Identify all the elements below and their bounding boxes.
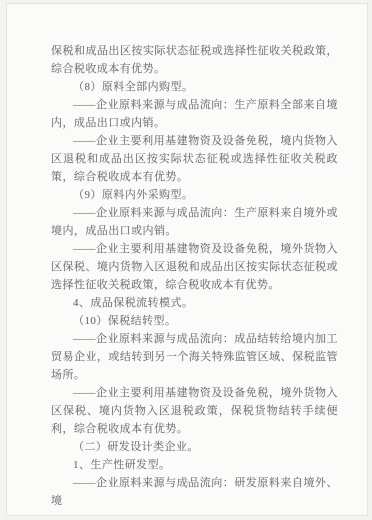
paragraph: 1、生产性研发型。 xyxy=(51,456,338,474)
paragraph: 保税和成品出区按实际状态征税或选择性征收关税政策，综合税收成本有优势。 xyxy=(51,42,338,78)
paragraph: （二）研发设计类企业。 xyxy=(51,438,338,456)
paragraph: （9）原料内外采购型。 xyxy=(51,186,338,204)
document-body: 保税和成品出区按实际状态征税或选择性征收关税政策，综合税收成本有优势。（8）原料… xyxy=(7,4,367,510)
paragraph: ——企业主要利用基建物资及设备免税，境内货物入区退税和成品出区按实际状态征税或选… xyxy=(51,132,338,186)
paragraph: 4、成品保税流转模式。 xyxy=(51,294,338,312)
paragraph: ——企业原料来源与成品流向：生产原料全部来自境内，成品出口或内销。 xyxy=(51,96,338,132)
paragraph: ——企业主要利用基建物资及设备免税，境外货物入区保税、境内货物入区退税政策，保税… xyxy=(51,384,338,438)
paragraph: （8）原料全部内购型。 xyxy=(51,78,338,96)
paragraph: （10）保税结转型。 xyxy=(51,312,338,330)
paragraph: ——企业原料来源与成品流向：成品结转给境内加工贸易企业，或结转到另一个海关特殊监… xyxy=(51,330,338,384)
page-footer: 7 xyxy=(7,475,367,493)
paragraph: ——企业原料来源与成品流向：生产原料来自境外或境内，成品出口或内销。 xyxy=(51,204,338,240)
document-page: 保税和成品出区按实际状态征税或选择性征收关税政策，综合税收成本有优势。（8）原料… xyxy=(6,3,368,516)
paragraph: ——企业主要利用基建物资及设备免税，境外货物入区保税、境内货物入区退税和成品出区… xyxy=(51,240,338,294)
page-number: 7 xyxy=(185,480,190,490)
